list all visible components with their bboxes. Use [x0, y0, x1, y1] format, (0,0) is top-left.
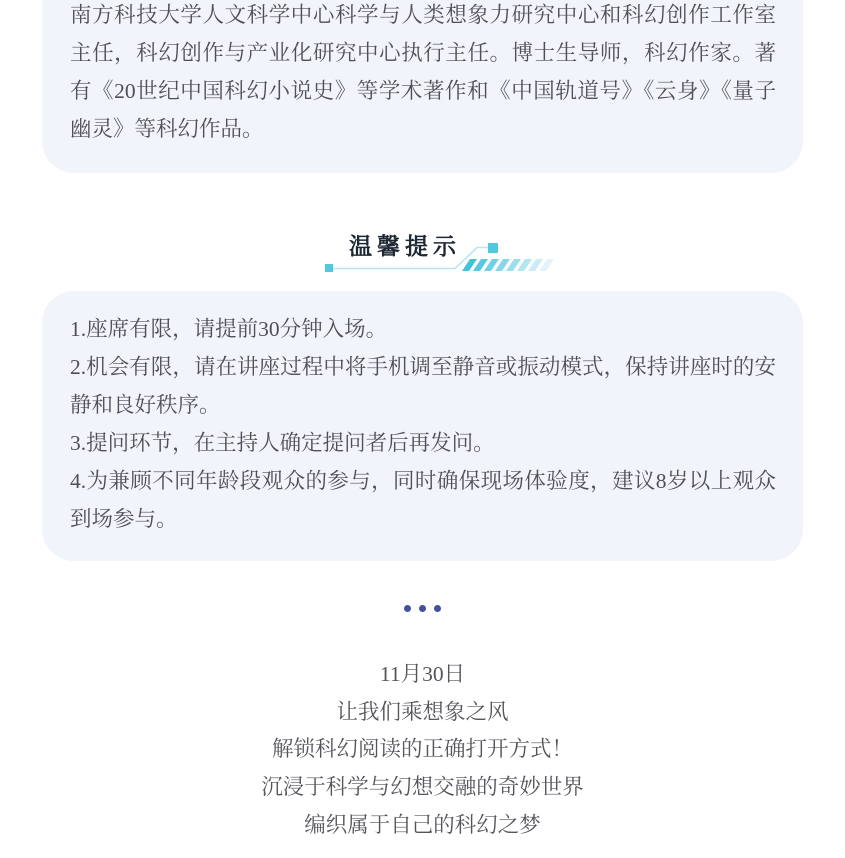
- closing-line: 让我们乘想象之风: [0, 694, 845, 732]
- tip-item: 2.机会有限，请在讲座过程中将手机调至静音或振动模式，保持讲座时的安静和良好秩序…: [70, 348, 776, 424]
- tip-item: 4.为兼顾不同年龄段观众的参与，同时确保现场体验度，建议8岁以上观众到场参与。: [70, 462, 776, 538]
- closing-line: 11月30日: [0, 656, 845, 694]
- closing-line: 编织属于自己的科幻之梦: [0, 807, 845, 845]
- speaker-intro-text: 南方科技大学人文科学中心科学与人类想象力研究中心和科幻创作工作室主任，科幻创作与…: [70, 0, 776, 148]
- article-page: 南方科技大学人文科学中心科学与人类想象力研究中心和科幻创作工作室主任，科幻创作与…: [0, 0, 845, 858]
- accent-square-left: [325, 264, 333, 272]
- closing-line: 沉浸于科学与幻想交融的奇妙世界: [0, 769, 845, 807]
- dot: [434, 605, 441, 612]
- hatch-stripes-icon: [462, 259, 554, 271]
- accent-square-right: [488, 243, 498, 253]
- closing-message: 11月30日 让我们乘想象之风 解锁科幻阅读的正确打开方式！ 沉浸于科学与幻想交…: [0, 656, 845, 845]
- tips-list: 1.座席有限，请提前30分钟入场。 2.机会有限，请在讲座过程中将手机调至静音或…: [70, 310, 776, 538]
- closing-line: 解锁科幻阅读的正确打开方式！: [0, 731, 845, 769]
- dot: [404, 605, 411, 612]
- accent-line: [329, 248, 488, 269]
- section-divider-dots: [0, 605, 845, 612]
- tips-title-decoration: [320, 238, 560, 278]
- tip-item: 1.座席有限，请提前30分钟入场。: [70, 310, 776, 348]
- tip-item: 3.提问环节，在主持人确定提问者后再发问。: [70, 424, 776, 462]
- dot: [419, 605, 426, 612]
